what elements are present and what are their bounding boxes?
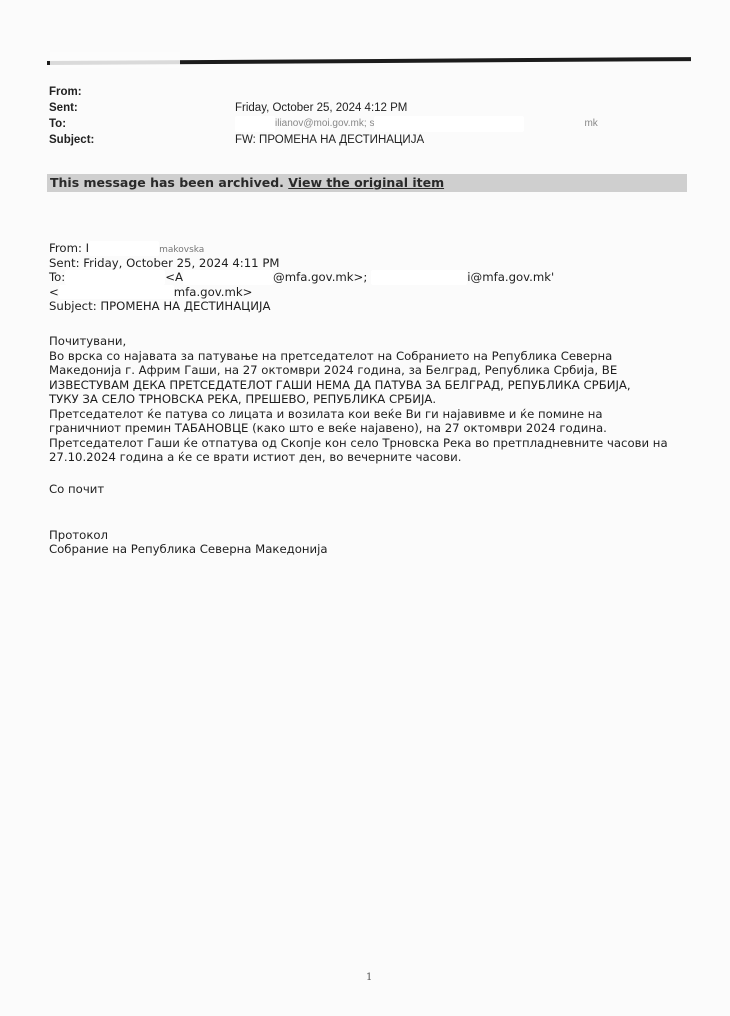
sent-label: Sent: (49, 100, 78, 116)
subject-label: Subject: (49, 132, 94, 148)
body-line: Претседателот Гаши ќе отпатува од Скопје… (49, 436, 668, 451)
body-line: Македонија г. Африм Гаши, на 27 октомври… (49, 363, 668, 378)
inner-sent-line: Sent: Friday, October 25, 2024 4:11 PM (49, 256, 554, 271)
body-line: ИЗВЕСТУВАМ ДЕКА ПРЕТСЕДАТЕЛОТ ГАШИ НЕМА … (49, 378, 668, 393)
page-number: 1 (366, 972, 372, 983)
redaction-mark (50, 52, 180, 68)
archive-notice-bar: This message has been archived. View the… (47, 174, 687, 192)
sent-value: Friday, October 25, 2024 4:12 PM (235, 100, 407, 116)
signature-line-1: Протокол (49, 528, 108, 543)
to-visible-end: mk (584, 118, 597, 129)
redacted-text: xxxx (374, 116, 524, 132)
body-line: ТУКУ ЗА СЕЛО ТРНОВСКА РЕКА, ПРЕШЕВО, РЕП… (49, 392, 668, 407)
inner-to-line: To:x<Ax@mfa.gov.mk>;xi@mfa.gov.mk' (49, 270, 554, 285)
redacted-text: x (183, 270, 273, 285)
greeting: Почитувани, (49, 334, 668, 349)
inner-subject-line: Subject: ПРОМЕНА НА ДЕСТИНАЦИЈА (49, 299, 554, 314)
view-original-item-link[interactable]: View the original item (288, 175, 444, 190)
redacted-text: xxxx (235, 116, 275, 132)
body-line: 27.10.2024 година а ќе се врати истиот д… (49, 450, 668, 465)
message-body: Почитувани, Во врска со најавата за пату… (49, 334, 668, 465)
to-value: xxxxilianov@moi.gov.mk; sxxxxmk (235, 116, 598, 132)
closing: Со почит (49, 482, 104, 497)
body-line: граничниот премин ТАБАНОВЦЕ (како што е … (49, 421, 668, 436)
redacted-text: x (89, 241, 159, 256)
redacted-text: x (59, 285, 174, 300)
body-line: Претседателот ќе патува со лицата и вози… (49, 407, 668, 422)
to-visible-start: ilianov@moi.gov.mk; s (275, 118, 374, 129)
inner-to-line-continued: <xmfa.gov.mk> (49, 285, 554, 300)
inner-from-line: From: Ixmakovska (49, 241, 554, 256)
subject-value: FW: ПРОМЕНА НА ДЕСТИНАЦИЈА (235, 132, 424, 148)
archive-notice-text: This message has been archived. (50, 175, 284, 190)
body-line: Во врска со најавата за патување на прет… (49, 349, 668, 364)
inner-header: From: Ixmakovska Sent: Friday, October 2… (49, 241, 554, 314)
from-label: From: (49, 84, 82, 100)
redacted-text: x (371, 270, 467, 285)
to-label: To: (49, 116, 66, 132)
redacted-text: x (65, 270, 165, 285)
scanned-email-page: From: Sent: Friday, October 25, 2024 4:1… (0, 0, 730, 1016)
signature-line-2: Собрание на Република Северна Македонија (49, 542, 328, 557)
